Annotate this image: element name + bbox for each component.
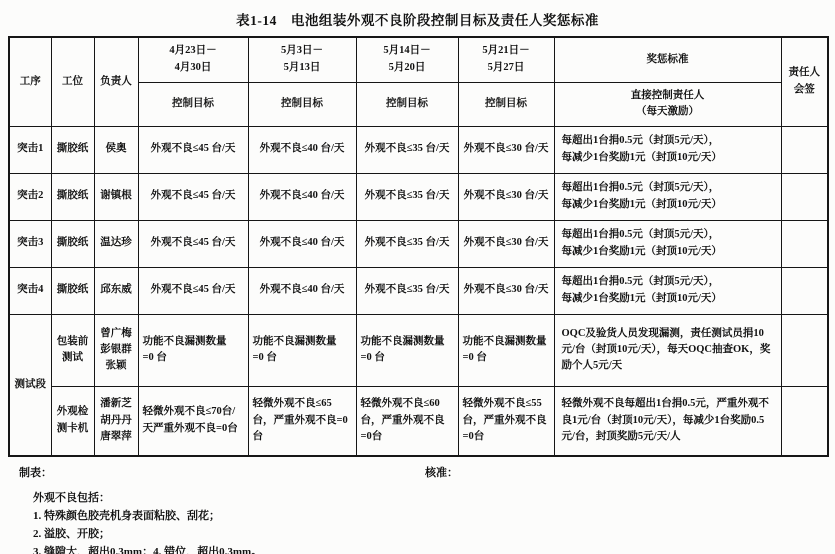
station-cell: 撕胶纸 (51, 126, 94, 173)
header-period-3: 5月14日－ 5月20日 (356, 37, 458, 82)
target-cell: 功能不良漏测数量 =0 台 (356, 314, 458, 386)
target-cell: 外观不良≤45 台/天 (138, 267, 248, 314)
owner-cell: 侯奥 (94, 126, 138, 173)
header-process: 工序 (9, 37, 51, 126)
target-cell: 轻微外观不良≤60台，严重外观不良=0台 (356, 386, 458, 456)
note-item: 2. 溢胶、开胶； (33, 525, 835, 543)
target-cell: 外观不良≤30 台/天 (458, 267, 554, 314)
header-period-4: 5月21日－ 5月27日 (458, 37, 554, 82)
countersign-cell (781, 126, 828, 173)
target-cell: 功能不良漏测数量 =0 台 (138, 314, 248, 386)
countersign-cell (781, 173, 828, 220)
header-period-1: 4月23日－ 4月30日 (138, 37, 248, 82)
process-cell: 突击3 (9, 220, 51, 267)
target-cell: 轻微外观不良≤70台/天严重外观不良=0台 (138, 386, 248, 456)
reward-cell: 每超出1台捐0.5元（封顶5元/天）， 每减少1台奖励1元（封顶10元/天） (554, 126, 781, 173)
maker-label: 制表： (19, 464, 52, 480)
reward-cell: 每超出1台捐0.5元（封顶5元/天）， 每减少1台奖励1元（封顶10元/天） (554, 220, 781, 267)
target-cell: 外观不良≤40 台/天 (248, 173, 356, 220)
target-cell: 外观不良≤30 台/天 (458, 173, 554, 220)
notes-title: 外观不良包括： (33, 489, 835, 507)
owner-cell: 曾广梅 彭银群 张颖 (94, 314, 138, 386)
target-cell: 外观不良≤30 台/天 (458, 126, 554, 173)
owner-cell: 温达珍 (94, 220, 138, 267)
target-cell: 外观不良≤40 台/天 (248, 220, 356, 267)
approver-label: 核准： (425, 464, 458, 480)
table-row: 外观检 测卡机 潘新芝 胡丹丹 唐翠萍 轻微外观不良≤70台/天严重外观不良=0… (9, 386, 828, 456)
header-countersign: 责任人 会签 (781, 37, 828, 126)
station-cell: 撕胶纸 (51, 173, 94, 220)
countersign-cell (781, 267, 828, 314)
header-owner: 负责人 (94, 37, 138, 126)
table-row: 测试段 包装前 测试 曾广梅 彭银群 张颖 功能不良漏测数量 =0 台 功能不良… (9, 314, 828, 386)
station-cell: 外观检 测卡机 (51, 386, 94, 456)
countersign-cell (781, 314, 828, 386)
target-cell: 外观不良≤45 台/天 (138, 126, 248, 173)
process-cell: 测试段 (9, 314, 51, 456)
table-row: 突击4 撕胶纸 邱东威 外观不良≤45 台/天 外观不良≤40 台/天 外观不良… (9, 267, 828, 314)
owner-cell: 谢镇根 (94, 173, 138, 220)
document-page: 表1-14 电池组装外观不良阶段控制目标及责任人奖惩标准 工序 工位 负责人 4… (0, 0, 835, 554)
target-cell: 外观不良≤30 台/天 (458, 220, 554, 267)
process-cell: 突击1 (9, 126, 51, 173)
target-cell: 外观不良≤40 台/天 (248, 267, 356, 314)
station-cell: 包装前 测试 (51, 314, 94, 386)
target-cell: 外观不良≤40 台/天 (248, 126, 356, 173)
target-cell: 外观不良≤35 台/天 (356, 173, 458, 220)
header-station: 工位 (51, 37, 94, 126)
header-control-target-2: 控制目标 (248, 82, 356, 126)
header-control-target-1: 控制目标 (138, 82, 248, 126)
owner-cell: 邱东威 (94, 267, 138, 314)
target-cell: 外观不良≤35 台/天 (356, 267, 458, 314)
countersign-cell (781, 386, 828, 456)
header-period-2: 5月3日－ 5月13日 (248, 37, 356, 82)
target-cell: 轻微外观不良≤65台，严重外观不良=0台 (248, 386, 356, 456)
station-cell: 撕胶纸 (51, 267, 94, 314)
table-row: 突击2 撕胶纸 谢镇根 外观不良≤45 台/天 外观不良≤40 台/天 外观不良… (9, 173, 828, 220)
process-cell: 突击2 (9, 173, 51, 220)
signature-row: 制表： 核准： (0, 464, 835, 479)
table-title: 表1-14 电池组装外观不良阶段控制目标及责任人奖惩标准 (0, 0, 835, 29)
target-cell: 外观不良≤45 台/天 (138, 220, 248, 267)
defect-notes: 外观不良包括： 1. 特殊颜色胶壳机身表面粘胶、刮花； 2. 溢胶、开胶； 3.… (33, 489, 835, 554)
process-cell: 突击4 (9, 267, 51, 314)
header-reward-title: 奖惩标准 (554, 37, 781, 82)
note-item: 3. 缝隙大，超出0.3mm；4. 错位，超出0.3mm。 (33, 543, 835, 554)
reward-cell: 轻微外观不良每超出1台捐0.5元，严重外观不良1元/台（封顶10元/天），每减少… (554, 386, 781, 456)
target-cell: 外观不良≤35 台/天 (356, 220, 458, 267)
target-cell: 功能不良漏测数量 =0 台 (458, 314, 554, 386)
note-item: 1. 特殊颜色胶壳机身表面粘胶、刮花； (33, 507, 835, 525)
countersign-cell (781, 220, 828, 267)
reward-cell: 每超出1台捐0.5元（封顶5元/天）， 每减少1台奖励1元（封顶10元/天） (554, 267, 781, 314)
table-row: 突击1 撕胶纸 侯奥 外观不良≤45 台/天 外观不良≤40 台/天 外观不良≤… (9, 126, 828, 173)
owner-cell: 潘新芝 胡丹丹 唐翠萍 (94, 386, 138, 456)
table-row: 突击3 撕胶纸 温达珍 外观不良≤45 台/天 外观不良≤40 台/天 外观不良… (9, 220, 828, 267)
reward-cell: 每超出1台捐0.5元（封顶5元/天）， 每减少1台奖励1元（封顶10元/天） (554, 173, 781, 220)
header-reward-subtitle: 直接控制责任人 （每天激励） (554, 82, 781, 126)
target-cell: 外观不良≤45 台/天 (138, 173, 248, 220)
target-cell: 功能不良漏测数量 =0 台 (248, 314, 356, 386)
header-control-target-3: 控制目标 (356, 82, 458, 126)
reward-cell: OQC及验货人员发现漏测，责任测试员捐10元/台（封顶10元/天），每天OQC抽… (554, 314, 781, 386)
header-control-target-4: 控制目标 (458, 82, 554, 126)
control-target-table: 工序 工位 负责人 4月23日－ 4月30日 5月3日－ 5月13日 5月14日… (8, 36, 829, 457)
station-cell: 撕胶纸 (51, 220, 94, 267)
target-cell: 轻微外观不良≤55台，严重外观不良=0台 (458, 386, 554, 456)
target-cell: 外观不良≤35 台/天 (356, 126, 458, 173)
